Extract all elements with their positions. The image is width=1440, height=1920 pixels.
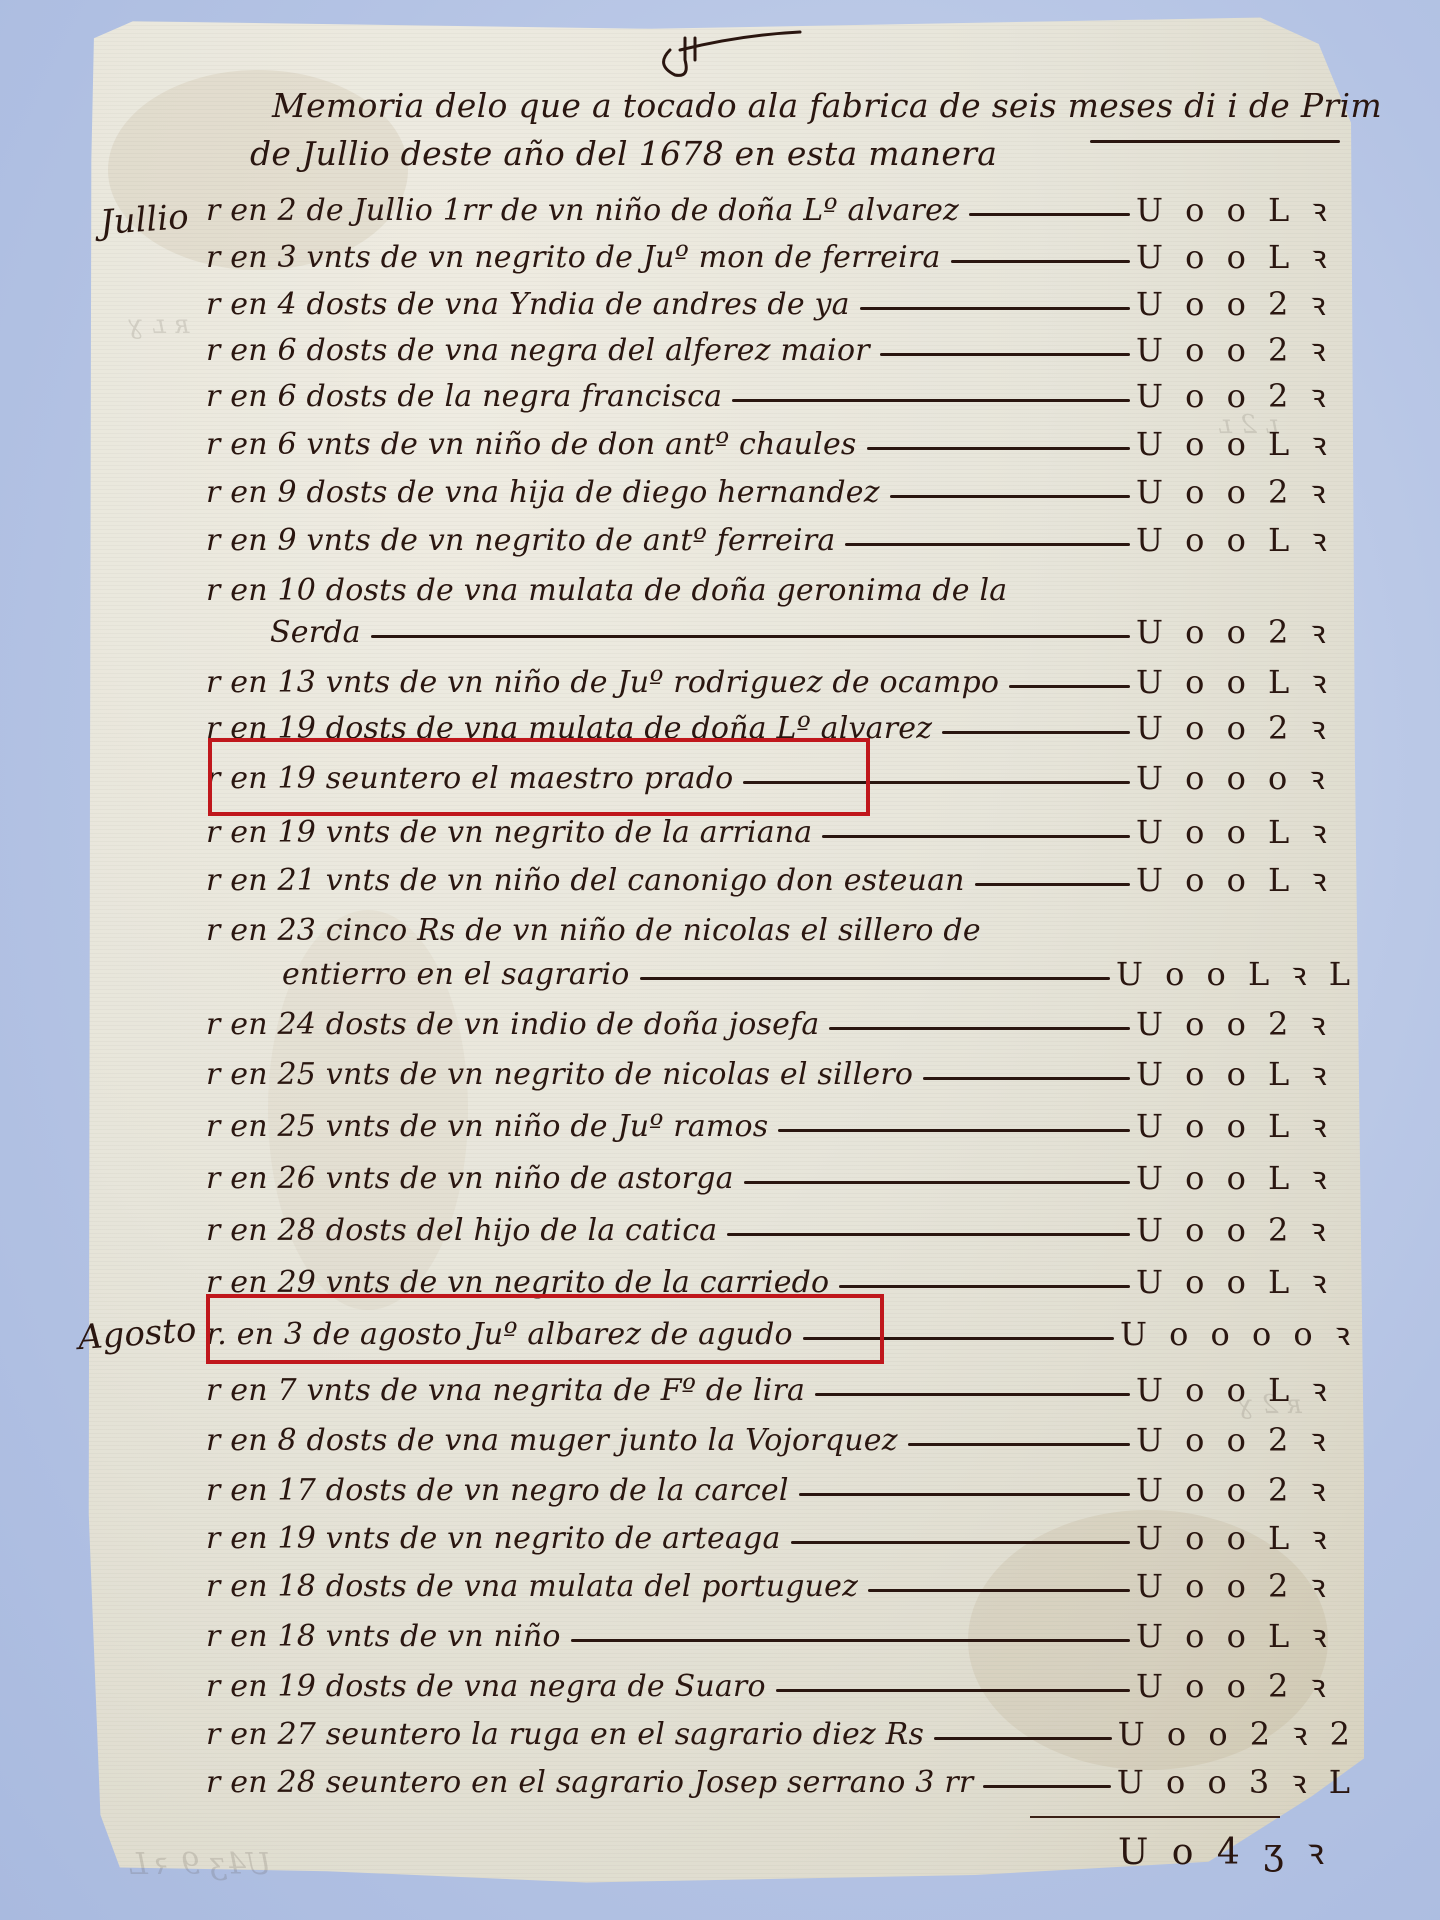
entry-amount: U o o L ꝛ [1136, 428, 1356, 460]
title-line-1: Memoria delo que a tocado ala fabrica de… [272, 86, 1382, 125]
entry-amount: U o o 2 ꝛ [1136, 380, 1356, 412]
entry-rule [951, 260, 1130, 263]
entry-rule [845, 543, 1130, 546]
entry-amount: U o o 2 ꝛ [1136, 712, 1356, 744]
entry-text: r en 28 seuntero en el sagrario Josep se… [206, 1768, 973, 1798]
folio-flourish-icon [650, 30, 810, 80]
bleed-through-text: ʀ ʟ ɣ [128, 310, 189, 340]
ledger-entry: r en 25 vnts de vn niño de Juº ramos U o… [206, 1094, 1356, 1142]
ledger-entry: r en 9 dosts de vna hija de diego hernan… [206, 460, 1356, 508]
title-line-2: de Jullio deste año del 1678 en esta man… [250, 134, 997, 173]
total-rule [1030, 1816, 1280, 1818]
entry-amount: U o o L ꝛ [1136, 1058, 1356, 1090]
bleed-through-total: U4ʒ 9 ꝛ L [128, 1842, 271, 1883]
entry-rule [829, 1027, 1130, 1030]
entry-text: r en 8 dosts de vna muger junto la Vojor… [206, 1426, 898, 1456]
entry-amount: U o o L ꝛ [1136, 1374, 1356, 1406]
entry-rule [890, 495, 1130, 498]
entry-rule [371, 635, 1130, 638]
entry-rule [778, 1129, 1130, 1132]
ledger-entry: r en 23 cinco Rs de vn niño de nicolas e… [206, 898, 1356, 946]
entry-amount: U o o 2 ꝛ [1136, 1008, 1356, 1040]
entry-text: r en 21 vnts de vn niño del canonigo don… [206, 866, 965, 896]
entry-rule [868, 1589, 1130, 1592]
entry-rule [727, 1233, 1130, 1236]
entry-rule [860, 307, 1130, 310]
ledger-entry: r en 21 vnts de vn niño del canonigo don… [206, 848, 1356, 896]
entry-text: r en 18 dosts de vna mulata del portugue… [206, 1572, 858, 1602]
title-rule [1090, 140, 1340, 143]
entry-amount: U o o L ꝛ L [1116, 958, 1356, 990]
ledger-entry: r en 18 dosts de vna mulata del portugue… [206, 1554, 1356, 1602]
entry-amount: U o o 2 ꝛ [1136, 288, 1356, 320]
ledger-entry: r en 7 vnts de vna negrita de Fº de lira… [206, 1358, 1356, 1406]
entry-text: r en 6 dosts de la negra francisca [206, 382, 722, 412]
ledger-entry: r en 24 dosts de vn indio de doña josefa… [206, 992, 1356, 1040]
entry-amount: U o o L ꝛ [1136, 666, 1356, 698]
entry-rule [975, 883, 1130, 886]
ledger-entry: r en 19 vnts de vn negrito de arteaga U … [206, 1506, 1356, 1554]
ledger-entry: r en 13 vnts de vn niño de Juº rodriguez… [206, 650, 1356, 698]
ledger-entry: r en 28 seuntero en el sagrario Josep se… [206, 1750, 1356, 1798]
ledger-entry: r en 25 vnts de vn negrito de nicolas el… [206, 1042, 1356, 1090]
entry-rule [983, 1785, 1110, 1788]
entry-rule [839, 1285, 1130, 1288]
entry-rule [640, 977, 1110, 980]
ledger-entry: r en 8 dosts de vna muger junto la Vojor… [206, 1408, 1356, 1456]
entry-amount: U o o L ꝛ [1136, 1522, 1356, 1554]
entry-amount: U o o 2 ꝛ [1136, 476, 1356, 508]
entry-rule [571, 1639, 1130, 1642]
entry-rule [744, 1181, 1130, 1184]
ledger-entry: r en 6 dosts de vna negra del alferez ma… [206, 318, 1356, 366]
entry-amount: U o o L ꝛ [1136, 864, 1356, 896]
highlight-box-agudo [206, 1294, 884, 1364]
entry-text: r en 25 vnts de vn niño de Juº ramos [206, 1112, 768, 1142]
ledger-entry: r en 19 dosts de vna mulata de doña Lº a… [206, 696, 1356, 744]
ledger-entry: r en 10 dosts de vna mulata de doña gero… [206, 558, 1356, 606]
entry-text: r en 25 vnts de vn negrito de nicolas el… [206, 1060, 913, 1090]
entry-amount: U o o L ꝛ [1136, 194, 1356, 226]
entry-amount: U o o 3 ꝛ L [1117, 1766, 1356, 1798]
entry-text: r en 26 vnts de vn niño de astorga [206, 1164, 734, 1194]
entry-text: r en 18 vnts de vn niño [206, 1622, 561, 1652]
entry-text: r en 28 dosts del hijo de la catica [206, 1216, 717, 1246]
ledger-entry-continuation: entierro en el sagrario U o o L ꝛ L [282, 942, 1356, 990]
entry-continuation-text: entierro en el sagrario [282, 960, 630, 990]
entry-amount: U o o 2 ꝛ [1136, 1424, 1356, 1456]
entry-text: r en 6 vnts de vn niño de don antº chaul… [206, 430, 857, 460]
ledger-entry: r en 27 seuntero la ruga en el sagrario … [206, 1702, 1356, 1750]
ledger-entry: r en 18 vnts de vn niño U o o L ꝛ [206, 1604, 1356, 1652]
entry-amount: U o o o o ꝛ [1120, 1318, 1356, 1350]
ledger-entry: r en 4 dosts de vna Yndia de andres de y… [206, 272, 1356, 320]
entry-rule [776, 1689, 1130, 1692]
entry-text: r en 17 dosts de vn negro de la carcel [206, 1476, 789, 1506]
entry-text: r en 6 dosts de vna negra del alferez ma… [206, 336, 870, 366]
entry-amount: U o o L ꝛ [1136, 241, 1356, 273]
entry-text: r en 4 dosts de vna Yndia de andres de y… [206, 290, 850, 320]
entry-text: r en 19 vnts de vn negrito de la arriana [206, 818, 812, 848]
entry-amount: U o o L ꝛ [1136, 1620, 1356, 1652]
entry-text: r en 24 dosts de vn indio de doña josefa [206, 1010, 819, 1040]
entry-text: r en 9 vnts de vn negrito de antº ferrei… [206, 526, 835, 556]
entry-amount: U o o L ꝛ [1136, 816, 1356, 848]
entry-rule [1009, 685, 1130, 688]
entry-amount: U o o 2 ꝛ [1136, 1214, 1356, 1246]
entry-rule [791, 1541, 1130, 1544]
entry-rule [908, 1443, 1130, 1446]
entry-rule [880, 353, 1130, 356]
entry-rule [732, 399, 1130, 402]
entry-rule [799, 1493, 1130, 1496]
entry-rule [815, 1393, 1130, 1396]
entry-text: r en 7 vnts de vna negrita de Fº de lira [206, 1376, 805, 1406]
entry-amount: U o o 2 ꝛ [1136, 1570, 1356, 1602]
entry-rule [942, 731, 1130, 734]
ledger-entry: r en 26 vnts de vn niño de astorga U o o… [206, 1146, 1356, 1194]
entry-amount: U o o 2 ꝛ [1136, 1670, 1356, 1702]
entry-text: r en 9 dosts de vna hija de diego hernan… [206, 478, 880, 508]
entry-amount: U o o L ꝛ [1136, 1110, 1356, 1142]
entry-amount: U o o o ꝛ [1136, 762, 1356, 794]
entry-amount: U o o 2 ꝛ 2 [1118, 1718, 1356, 1750]
ledger-entry: r en 6 dosts de la negra francisca U o o… [206, 364, 1356, 412]
entry-amount: U o o 2 ꝛ [1136, 616, 1356, 648]
entry-text: r en 19 vnts de vn negrito de arteaga [206, 1524, 781, 1554]
ledger-entry-continuation: Serda U o o 2 ꝛ [270, 600, 1356, 648]
total-amount: U o 4 ʒ ꝛ [1118, 1826, 1330, 1875]
ledger-entry: r en 3 vnts de vn negrito de Juº mon de … [206, 225, 1356, 273]
margin-label-agosto: Agosto [77, 1310, 198, 1358]
entry-rule [969, 213, 1130, 216]
margin-label-julio: Jullio [99, 197, 190, 243]
ledger-entry: r en 2 de Jullio 1rr de vn niño de doña … [206, 178, 1356, 226]
entry-text: r en 27 seuntero la ruga en el sagrario … [206, 1720, 924, 1750]
ledger-entry: r en 29 vnts de vn negrito de la carried… [206, 1250, 1356, 1298]
entry-amount: U o o 2 ꝛ [1136, 334, 1356, 366]
entry-amount: U o o L ꝛ [1136, 1162, 1356, 1194]
entry-text: r en 2 de Jullio 1rr de vn niño de doña … [206, 196, 959, 226]
ledger-entry: r en 9 vnts de vn negrito de antº ferrei… [206, 508, 1356, 556]
ledger-entry: r en 19 vnts de vn negrito de la arriana… [206, 800, 1356, 848]
entry-text: r en 19 dosts de vna negra de Suaro [206, 1672, 766, 1702]
entry-amount: U o o 2 ꝛ [1136, 1474, 1356, 1506]
ledger-entry: r en 28 dosts del hijo de la catica U o … [206, 1198, 1356, 1246]
entry-amount: U o o L ꝛ [1136, 1266, 1356, 1298]
entry-rule [923, 1077, 1130, 1080]
ledger-entry: r en 17 dosts de vn negro de la carcel U… [206, 1458, 1356, 1506]
entry-continuation-text: Serda [270, 618, 361, 648]
ledger-entry: r en 19 dosts de vna negra de Suaro U o … [206, 1654, 1356, 1702]
entry-text: r en 13 vnts de vn niño de Juº rodriguez… [206, 668, 999, 698]
entry-rule [867, 447, 1131, 450]
entry-text: r en 3 vnts de vn negrito de Juº mon de … [206, 243, 941, 273]
entry-rule [934, 1737, 1112, 1740]
entry-rule [822, 835, 1130, 838]
entry-amount: U o o L ꝛ [1136, 524, 1356, 556]
ledger-entry: r en 6 vnts de vn niño de don antº chaul… [206, 412, 1356, 460]
